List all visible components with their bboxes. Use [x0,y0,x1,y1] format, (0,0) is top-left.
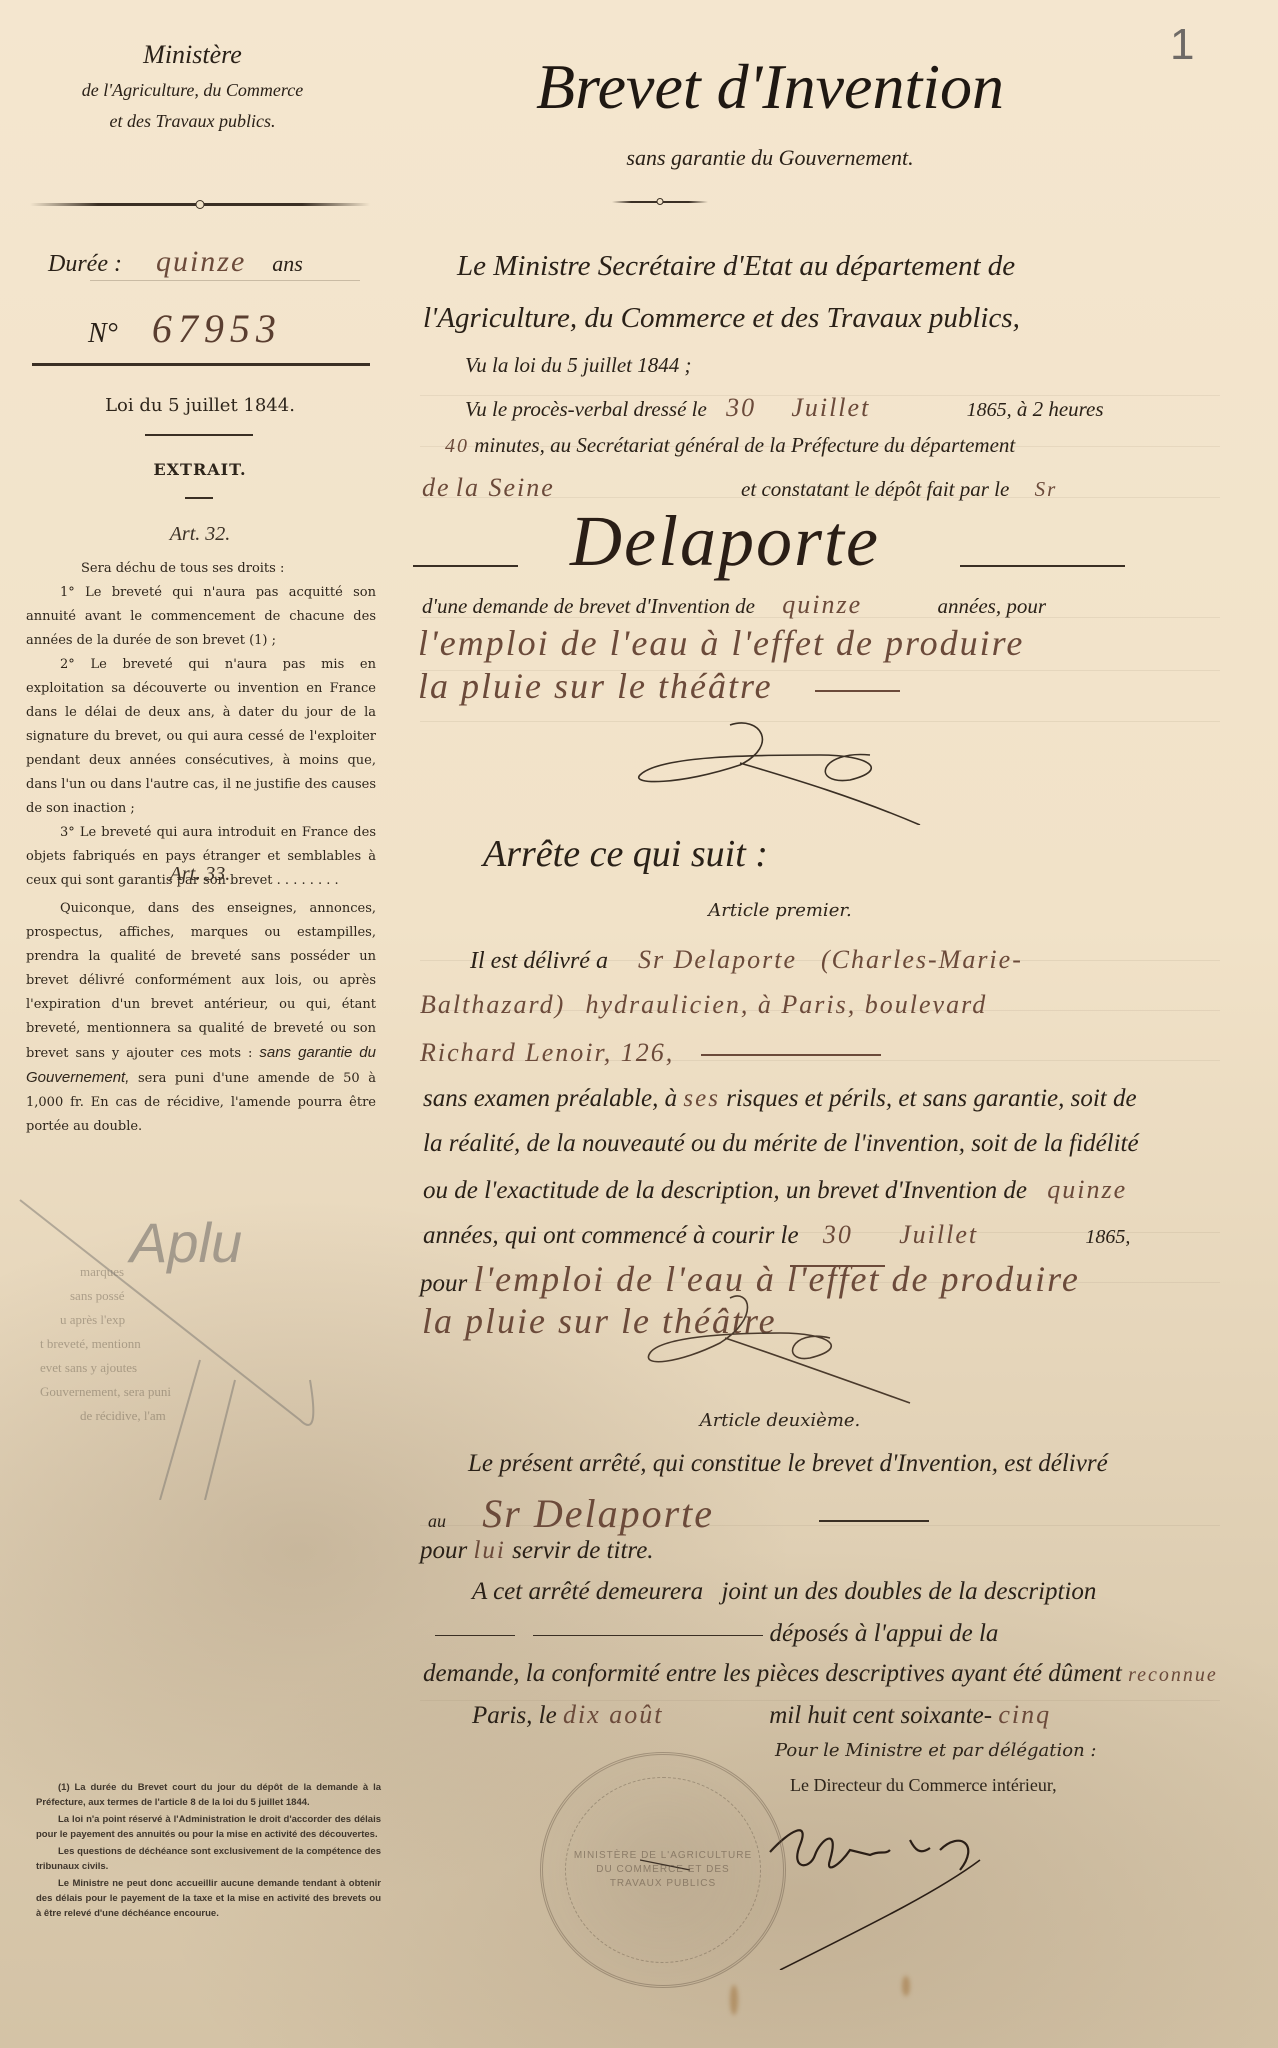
law-reference: Loi du 5 juillet 1844. [20,395,380,416]
article-1-title: Article premier. [620,900,940,921]
ministry-seal: MINISTÈRE DE L'AGRICULTURE DU COMMERCE E… [540,1752,786,1988]
article-2-line-5: déposés à l'appui de la [435,1620,998,1648]
article-2-date-line: Paris, le dix août mil huit cent soixant… [472,1700,1051,1730]
preamble-line-2: l'Agriculture, du Commerce et des Travau… [423,302,1020,335]
paraph-flourish-1 [620,715,940,825]
article-32-text: Sera déchu de tous ses droits : 1° Le br… [26,557,376,893]
duree-label: Durée : [48,251,122,277]
article-33-title: Art. 33. [20,863,380,886]
ministry-line-2: de l'Agriculture, du Commerce [20,80,365,101]
article-1-line-5: la réalité, de la nouveauté ou du mérite… [423,1130,1139,1158]
article-1-address: Richard Lenoir, 126, [420,1038,674,1067]
article-1-occupation: hydraulicien, à Paris, boulevard [586,990,988,1019]
extrait-label: EXTRAIT. [20,460,380,479]
article-2-line-2: au Sr Delaporte [428,1490,929,1537]
footnote-1: (1) La durée du Brevet court du jour du … [36,1780,381,1810]
article-2-recipient: Sr Delaporte [482,1490,812,1537]
patent-document-page: 1 Ministère de l'Agriculture, du Commerc… [0,0,1278,2048]
pv-day: 30 [726,393,756,422]
pv-department: la Seine [456,473,736,503]
title-divider [612,201,708,203]
preamble-line-3: Vu la loi du 5 juillet 1844 ; [465,353,692,378]
article-1-line-4: sans examen préalable, à ses risques et … [423,1085,1137,1113]
pv-year: 1865, [967,399,1012,421]
article-1-line-2: Balthazard) hydraulicien, à Paris, boule… [420,990,987,1020]
article-2-line-4: A cet arrêté demeurera joint un des doub… [472,1578,1096,1606]
ministry-divider [30,203,370,206]
article-2-line-1: Le présent arrêté, qui constitue le brev… [468,1450,1108,1478]
ministry-line-3: et des Travaux publics. [20,111,365,132]
article-33-text-before: Quiconque, dans des enseignes, annonces,… [26,901,376,1061]
signature-line-2: Le Directeur du Commerce intérieur, [790,1775,1057,1796]
footnote-3: Les questions de déchéance sont exclusiv… [36,1844,381,1874]
arrete-heading: Arrête ce qui suit : [483,832,768,876]
document-subtitle: sans garantie du Gouvernement. [420,145,1120,171]
invention-title-line-2: la pluie sur le théâtre [418,665,773,707]
article-1-line-3: Richard Lenoir, 126, [420,1038,881,1068]
article-2-line-3: pour lui servir de titre. [420,1537,654,1565]
seal-text: MINISTÈRE DE L'AGRICULTURE DU COMMERCE E… [543,1849,783,1891]
article-1-line-1: Il est délivré a Sr Delaporte (Charles-M… [470,945,1023,975]
article-1-recipient: Sr Delaporte [638,945,797,974]
patent-number: 67953 [152,306,282,351]
number-divider [32,363,370,366]
stain [730,1985,738,2015]
document-title: Brevet d'Invention [420,50,1120,124]
article-1-invention-line [790,1265,885,1267]
invention-title-line-1: l'emploi de l'eau à l'effet de produire [418,622,1024,664]
article-1-month: Juillet [899,1220,1079,1250]
article-1-line-6: ou de l'exactitude de la description, un… [423,1175,1127,1205]
footnote-4: Le Ministre ne peut donc accueillir aucu… [36,1876,381,1921]
patent-number-row: N° 67953 [88,305,368,352]
stain [902,1976,910,1996]
page-number: 1 [1170,20,1194,70]
article-1-years: quinze [1047,1175,1127,1204]
footnote-2: La loi n'a point réservé à l'Administrat… [36,1812,381,1842]
signature-line-1: Pour le Ministre et par délégation : [775,1740,1097,1761]
footnotes: (1) La durée du Brevet court du jour du … [36,1780,381,1923]
pv-month: Juillet [791,393,961,423]
article-2-line-6: demande, la conformité entre les pièces … [423,1660,1218,1688]
pencil-cross-mark [0,1180,420,1500]
date-year-hand: cinq [998,1700,1051,1729]
demand-line: d'une demande de brevet d'Invention de q… [422,590,1046,620]
date-day-month: dix août [563,1700,763,1730]
applicant-name: Delaporte [570,500,880,583]
duree-unit: ans [272,251,303,276]
pv-title: Sr [1035,477,1058,501]
article-2-title: Article deuxième. [620,1410,940,1431]
duree-row: Durée : quinze ans [48,245,368,279]
demand-years: quinze [782,590,932,620]
article-1-line-7: années, qui ont commencé à courir le 30 … [423,1220,1130,1250]
ministry-title: Ministère [20,40,365,70]
preamble-line-1: Le Ministre Secrétaire d'Etat au départe… [457,250,1015,283]
article-33-text: Quiconque, dans des enseignes, annonces,… [26,897,376,1139]
proces-verbal-line: Vu le procès-verbal dressé le 30 Juillet… [465,393,1104,423]
proces-verbal-line-2: 40 minutes, au Secrétariat général de la… [445,433,1015,458]
number-label: N° [88,318,118,349]
paraph-flourish-2 [640,1288,940,1408]
left-column: Ministère de l'Agriculture, du Commerce … [20,40,365,132]
article-1-recipient-names: (Charles-Marie- [821,945,1023,974]
article-32-title: Art. 32. [20,523,380,546]
duree-value: quinze [156,245,246,278]
article-32-intro: Sera déchu de tous ses droits : [26,557,376,581]
article-32-item-2: 2° Le breveté qui n'aura pas mis en expl… [26,653,376,821]
proces-verbal-line-3: de la Seine et constatant le dépôt fait … [422,473,1057,503]
article-32-item-1: 1° Le breveté qui n'aura pas acquitté so… [26,581,376,653]
pv-hour: à 2 heures [1017,397,1104,421]
pv-minutes: 40 [445,435,469,457]
